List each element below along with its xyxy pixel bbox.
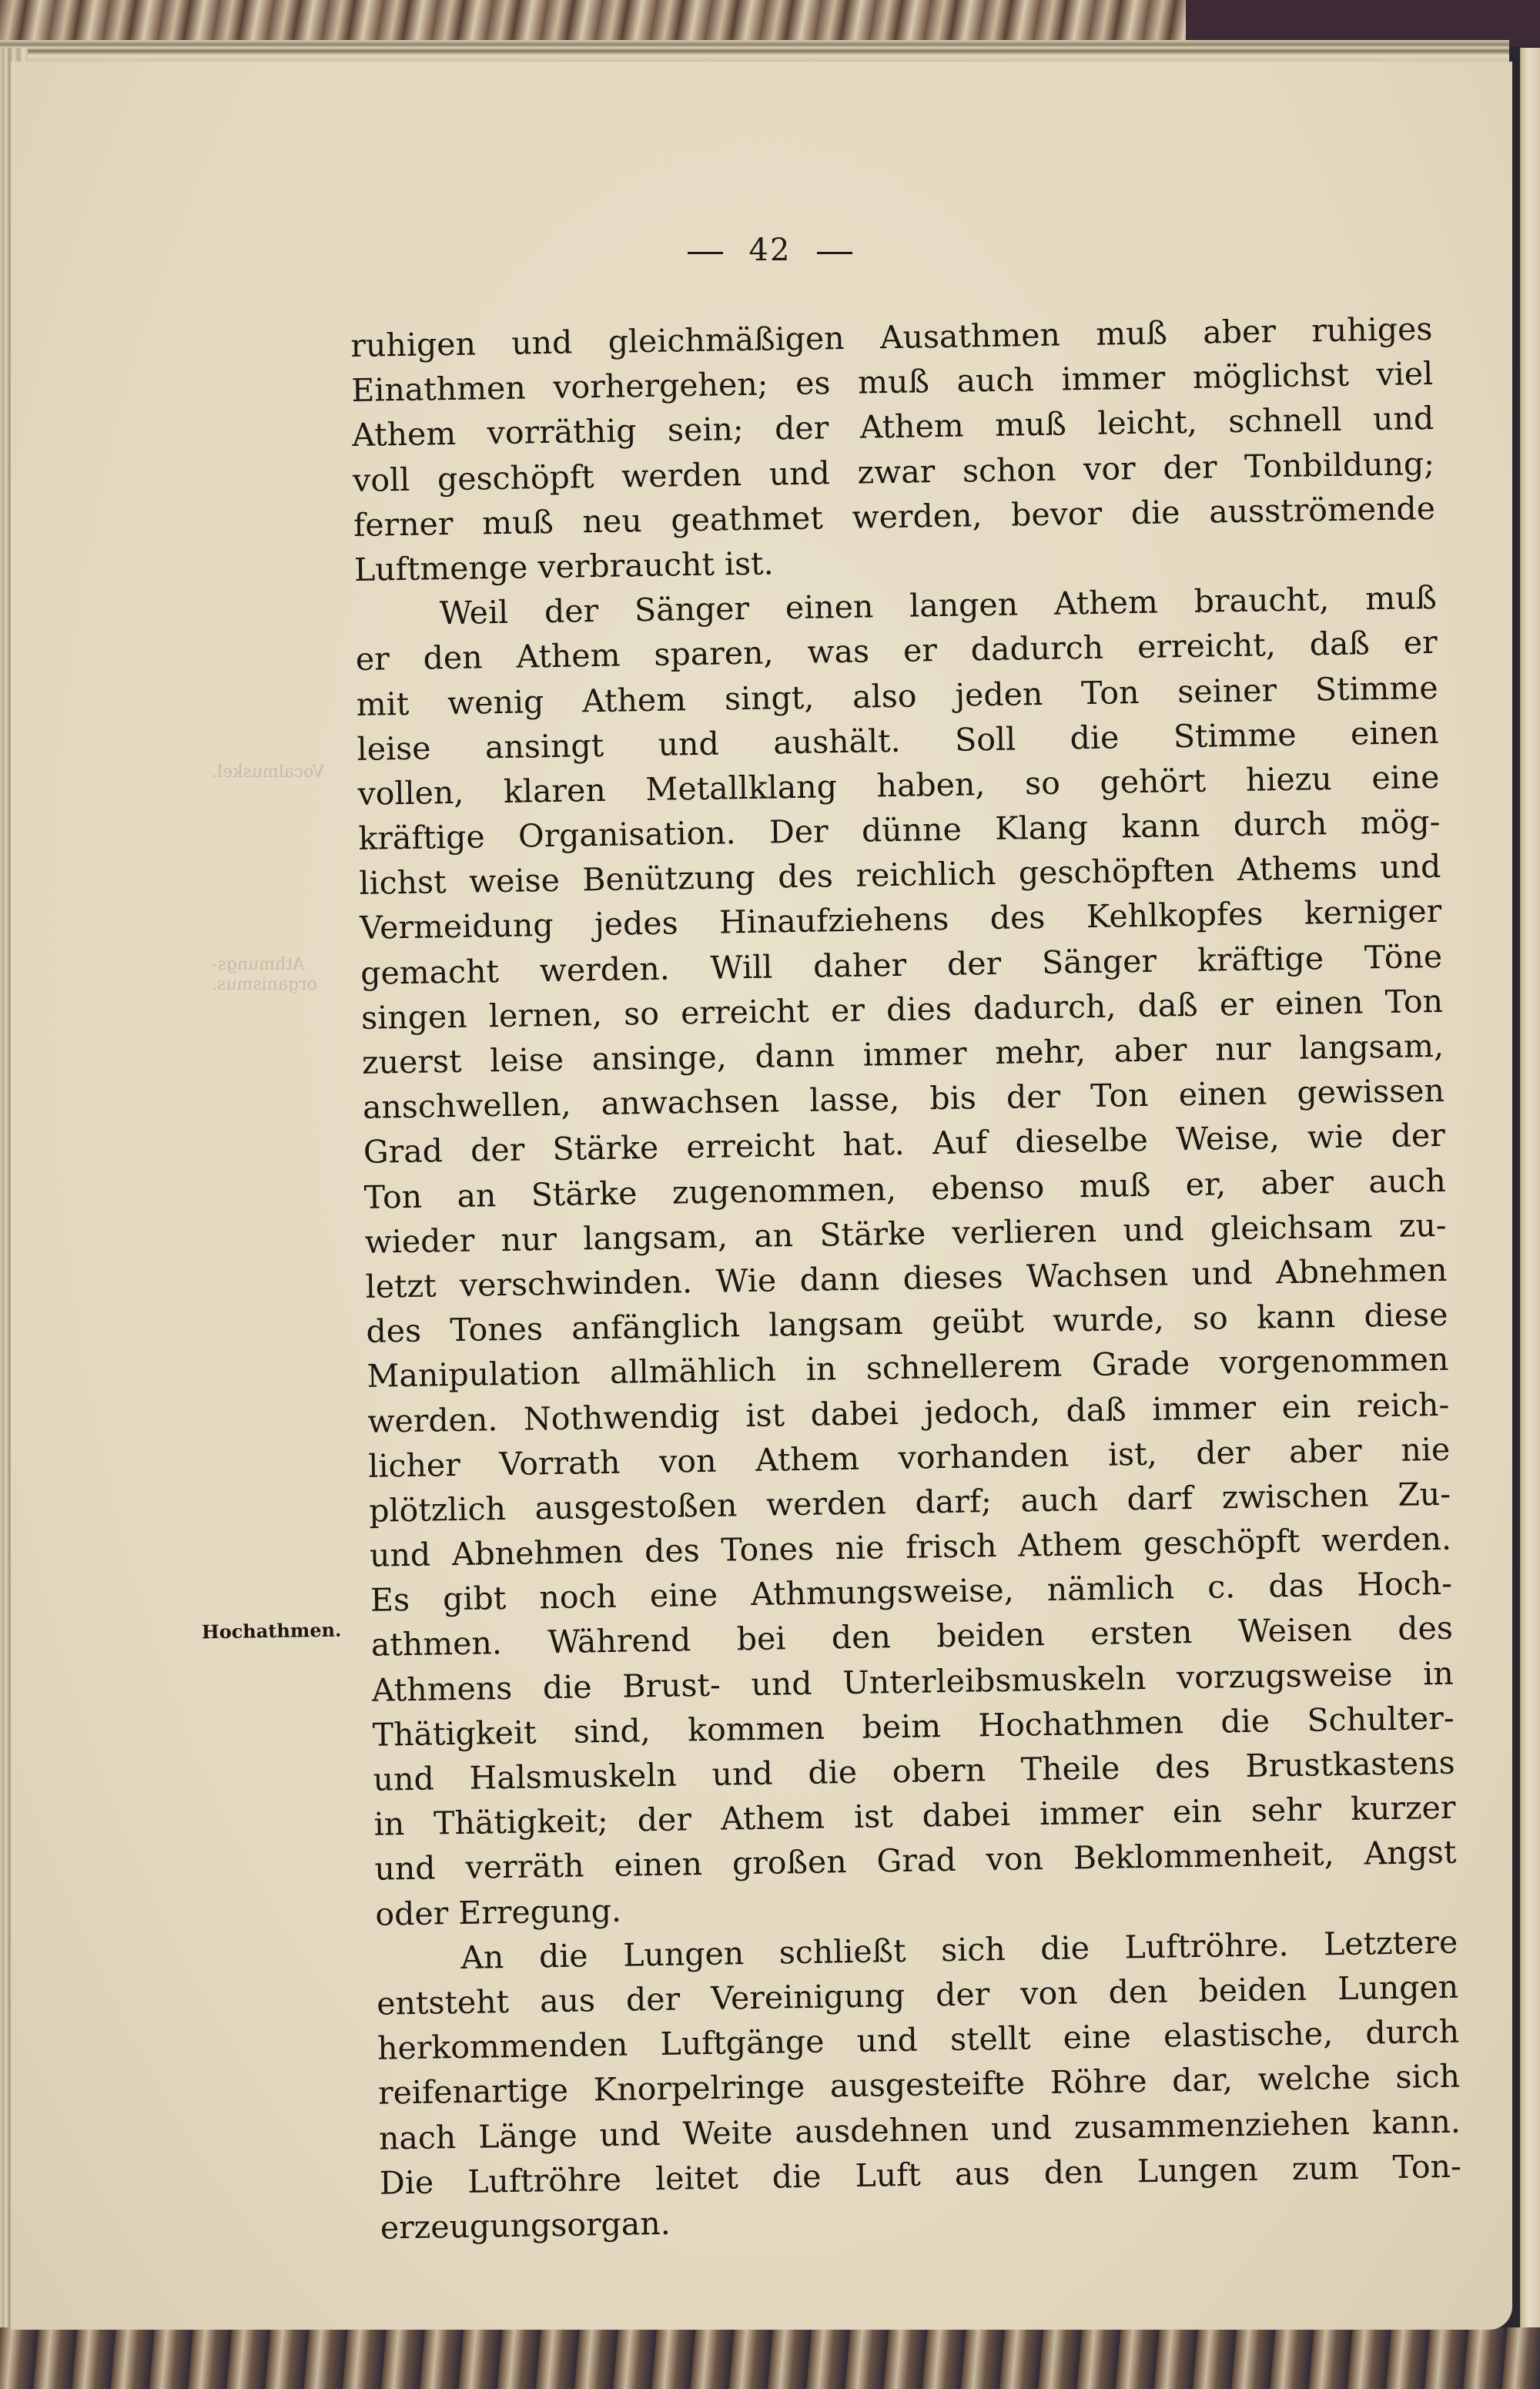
book-cover-cloth: [1186, 0, 1540, 46]
page-number-value: 42: [749, 233, 792, 268]
bleed-through-mark: Vocalmuskel.: [212, 762, 324, 782]
margin-note: Hochathmen.: [202, 1619, 342, 1643]
page-right-edge: [1520, 48, 1540, 2327]
page-stack-top-edge: [0, 40, 1509, 63]
bleed-through-mark: Athmungs-: [212, 955, 305, 974]
page-number-dash-left: [688, 252, 723, 254]
bleed-through-mark: organismus.: [212, 975, 317, 994]
page-number: 42: [0, 233, 1540, 268]
body-text: ruhigen und gleichmäßigen Ausathmen muß …: [350, 307, 1462, 2250]
page-number-dash-right: [817, 252, 852, 254]
book-cover-bottom-edge: [0, 2327, 1540, 2389]
